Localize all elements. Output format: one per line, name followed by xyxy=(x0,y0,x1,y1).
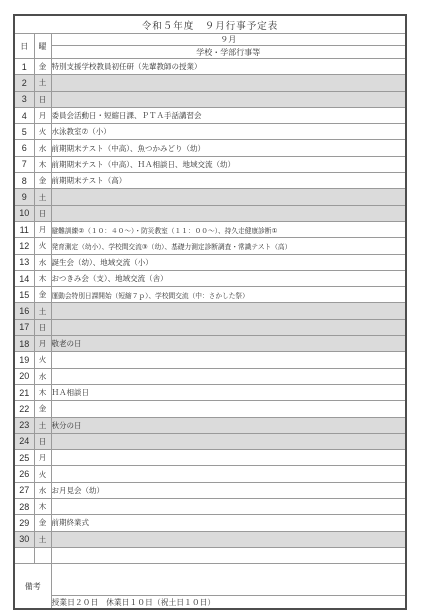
calendar-day-row: 25 月 xyxy=(14,450,406,466)
day-number-cell: 18 xyxy=(14,336,34,352)
event-cell: ＨＡ相談日 xyxy=(51,384,406,400)
calendar-day-row: 29 金 前期終業式 xyxy=(14,515,406,531)
weekday-cell: 木 xyxy=(34,384,51,400)
empty-weekday-cell xyxy=(34,547,51,563)
weekday-cell: 金 xyxy=(34,515,51,531)
column-header-day: 日 xyxy=(14,34,34,59)
day-number-cell: 4 xyxy=(14,107,34,123)
title-row: 令和５年度 ９月行事予定表 xyxy=(14,15,406,34)
calendar-day-row: 14 木 おつきみ会（支）、地域交流（舎） xyxy=(14,270,406,286)
event-cell: 敬老の日 xyxy=(51,336,406,352)
event-cell: 避難訓練②（１０：４０～）・防災教室（１１：００～）、持久走健康診断① xyxy=(51,221,406,237)
calendar-page: 令和５年度 ９月行事予定表 日 曜 ９月 学校・学部行事等 1 金 特別支援学校… xyxy=(0,0,424,600)
empty-row xyxy=(14,547,406,563)
day-number-cell: 20 xyxy=(14,368,34,384)
calendar-day-row: 30 土 xyxy=(14,531,406,547)
weekday-cell: 金 xyxy=(34,287,51,303)
day-number-cell: 29 xyxy=(14,515,34,531)
day-number-cell: 7 xyxy=(14,156,34,172)
remarks-label: 備考 xyxy=(14,564,51,610)
event-cell: 運動会特別日課開始（短縮７ｐ）、学校間交流（中：さかした祭） xyxy=(51,287,406,303)
calendar-day-row: 26 火 xyxy=(14,466,406,482)
event-cell xyxy=(51,466,406,482)
day-number-cell: 10 xyxy=(14,205,34,221)
weekday-cell: 水 xyxy=(34,482,51,498)
weekday-cell: 木 xyxy=(34,499,51,515)
calendar-header: 令和５年度 ９月行事予定表 日 曜 ９月 学校・学部行事等 xyxy=(14,15,406,59)
day-number-cell: 21 xyxy=(14,384,34,400)
calendar-day-row: 22 金 xyxy=(14,401,406,417)
day-number-cell: 15 xyxy=(14,287,34,303)
remarks-note xyxy=(51,564,406,596)
day-number-cell: 28 xyxy=(14,499,34,515)
calendar-day-row: 15 金 運動会特別日課開始（短縮７ｐ）、学校間交流（中：さかした祭） xyxy=(14,287,406,303)
event-cell: 誕生会（幼）、地域交流（小） xyxy=(51,254,406,270)
event-cell xyxy=(51,531,406,547)
weekday-cell: 土 xyxy=(34,531,51,547)
event-cell xyxy=(51,368,406,384)
column-header-events: 学校・学部行事等 xyxy=(51,46,406,59)
remarks-footer: 授業日２０日 休業日１０日（祝土日１０日） xyxy=(51,596,406,610)
day-number-cell: 16 xyxy=(14,303,34,319)
day-number-cell: 30 xyxy=(14,531,34,547)
empty-event-cell xyxy=(51,547,406,563)
day-number-cell: 24 xyxy=(14,433,34,449)
weekday-cell: 火 xyxy=(34,124,51,140)
weekday-cell: 火 xyxy=(34,352,51,368)
weekday-cell: 日 xyxy=(34,91,51,107)
calendar-day-row: 11 月 避難訓練②（１０：４０～）・防災教室（１１：００～）、持久走健康診断① xyxy=(14,221,406,237)
day-number-cell: 23 xyxy=(14,417,34,433)
weekday-cell: 土 xyxy=(34,189,51,205)
day-number-cell: 9 xyxy=(14,189,34,205)
weekday-cell: 水 xyxy=(34,368,51,384)
calendar-day-row: 3 日 xyxy=(14,91,406,107)
event-cell: 特別支援学校教員初任研（先輩教師の授業） xyxy=(51,59,406,75)
calendar-day-row: 19 火 xyxy=(14,352,406,368)
day-number-cell: 3 xyxy=(14,91,34,107)
header-row-events: 学校・学部行事等 xyxy=(14,46,406,59)
event-cell xyxy=(51,401,406,417)
event-cell: 前期期末テスト（中高）、ＨＡ相談日、地域交流（幼） xyxy=(51,156,406,172)
event-cell xyxy=(51,352,406,368)
weekday-cell: 月 xyxy=(34,450,51,466)
header-row-month: 日 曜 ９月 xyxy=(14,34,406,46)
event-cell: お月見会（幼） xyxy=(51,482,406,498)
weekday-cell: 金 xyxy=(34,401,51,417)
calendar-day-row: 6 水 前期期末テスト（中高）、魚つかみどり（幼） xyxy=(14,140,406,156)
event-cell: 発育測定（幼小）、学校間交流③（幼）、基礎力測定診断調査・常識テスト（高） xyxy=(51,238,406,254)
day-number-cell: 5 xyxy=(14,124,34,140)
calendar-day-row: 21 木 ＨＡ相談日 xyxy=(14,384,406,400)
weekday-cell: 日 xyxy=(34,319,51,335)
calendar-day-row: 17 日 xyxy=(14,319,406,335)
event-cell: 前期期末テスト（高） xyxy=(51,173,406,189)
calendar-day-row: 28 木 xyxy=(14,499,406,515)
event-cell xyxy=(51,75,406,91)
weekday-cell: 日 xyxy=(34,205,51,221)
event-cell: 前期期末テスト（中高）、魚つかみどり（幼） xyxy=(51,140,406,156)
weekday-cell: 水 xyxy=(34,254,51,270)
weekday-cell: 金 xyxy=(34,59,51,75)
day-number-cell: 13 xyxy=(14,254,34,270)
day-number-cell: 17 xyxy=(14,319,34,335)
calendar-day-row: 4 月 委員会活動日・短縮日課、ＰＴＡ手話講習会 xyxy=(14,107,406,123)
calendar-day-row: 23 土 秋分の日 xyxy=(14,417,406,433)
event-cell xyxy=(51,450,406,466)
event-cell xyxy=(51,189,406,205)
day-number-cell: 12 xyxy=(14,238,34,254)
day-number-cell: 8 xyxy=(14,173,34,189)
calendar-day-row: 9 土 xyxy=(14,189,406,205)
calendar-day-row: 24 日 xyxy=(14,433,406,449)
weekday-cell: 水 xyxy=(34,140,51,156)
weekday-cell: 木 xyxy=(34,270,51,286)
event-cell: 委員会活動日・短縮日課、ＰＴＡ手話講習会 xyxy=(51,107,406,123)
weekday-cell: 月 xyxy=(34,107,51,123)
event-cell xyxy=(51,499,406,515)
calendar-day-row: 5 火 水泳教室⑦（小） xyxy=(14,124,406,140)
calendar-day-row: 27 水 お月見会（幼） xyxy=(14,482,406,498)
weekday-cell: 金 xyxy=(34,173,51,189)
calendar-day-row: 7 木 前期期末テスト（中高）、ＨＡ相談日、地域交流（幼） xyxy=(14,156,406,172)
calendar-day-row: 18 月 敬老の日 xyxy=(14,336,406,352)
calendar-day-row: 12 火 発育測定（幼小）、学校間交流③（幼）、基礎力測定診断調査・常識テスト（… xyxy=(14,238,406,254)
day-number-cell: 26 xyxy=(14,466,34,482)
empty-day-cell xyxy=(14,547,34,563)
day-number-cell: 2 xyxy=(14,75,34,91)
calendar-day-row: 8 金 前期期末テスト（高） xyxy=(14,173,406,189)
day-number-cell: 14 xyxy=(14,270,34,286)
calendar-day-row: 2 土 xyxy=(14,75,406,91)
calendar-day-row: 13 水 誕生会（幼）、地域交流（小） xyxy=(14,254,406,270)
schedule-table: 令和５年度 ９月行事予定表 日 曜 ９月 学校・学部行事等 1 金 特別支援学校… xyxy=(13,14,407,610)
day-number-cell: 6 xyxy=(14,140,34,156)
weekday-cell: 日 xyxy=(34,433,51,449)
day-number-cell: 11 xyxy=(14,221,34,237)
event-cell: おつきみ会（支）、地域交流（舎） xyxy=(51,270,406,286)
day-number-cell: 25 xyxy=(14,450,34,466)
calendar-day-row: 16 土 xyxy=(14,303,406,319)
calendar-day-row: 10 日 xyxy=(14,205,406,221)
event-cell xyxy=(51,319,406,335)
calendar-day-row: 20 水 xyxy=(14,368,406,384)
day-number-cell: 22 xyxy=(14,401,34,417)
weekday-cell: 土 xyxy=(34,75,51,91)
calendar-day-row: 1 金 特別支援学校教員初任研（先輩教師の授業） xyxy=(14,59,406,75)
weekday-cell: 木 xyxy=(34,156,51,172)
weekday-cell: 火 xyxy=(34,238,51,254)
weekday-cell: 土 xyxy=(34,303,51,319)
remarks-footer-row: 授業日２０日 休業日１０日（祝土日１０日） xyxy=(14,596,406,610)
event-cell xyxy=(51,303,406,319)
weekday-cell: 土 xyxy=(34,417,51,433)
weekday-cell: 火 xyxy=(34,466,51,482)
month-header: ９月 xyxy=(51,34,406,46)
event-cell xyxy=(51,91,406,107)
event-cell xyxy=(51,205,406,221)
event-cell xyxy=(51,433,406,449)
event-cell: 前期終業式 xyxy=(51,515,406,531)
page-title: 令和５年度 ９月行事予定表 xyxy=(14,15,406,34)
remarks-row: 備考 xyxy=(14,564,406,596)
day-number-cell: 19 xyxy=(14,352,34,368)
weekday-cell: 月 xyxy=(34,336,51,352)
column-header-weekday: 曜 xyxy=(34,34,51,59)
calendar-body: 1 金 特別支援学校教員初任研（先輩教師の授業） 2 土 3 日 4 月 委員会… xyxy=(14,59,406,548)
day-number-cell: 1 xyxy=(14,59,34,75)
event-cell: 水泳教室⑦（小） xyxy=(51,124,406,140)
event-cell: 秋分の日 xyxy=(51,417,406,433)
day-number-cell: 27 xyxy=(14,482,34,498)
weekday-cell: 月 xyxy=(34,221,51,237)
